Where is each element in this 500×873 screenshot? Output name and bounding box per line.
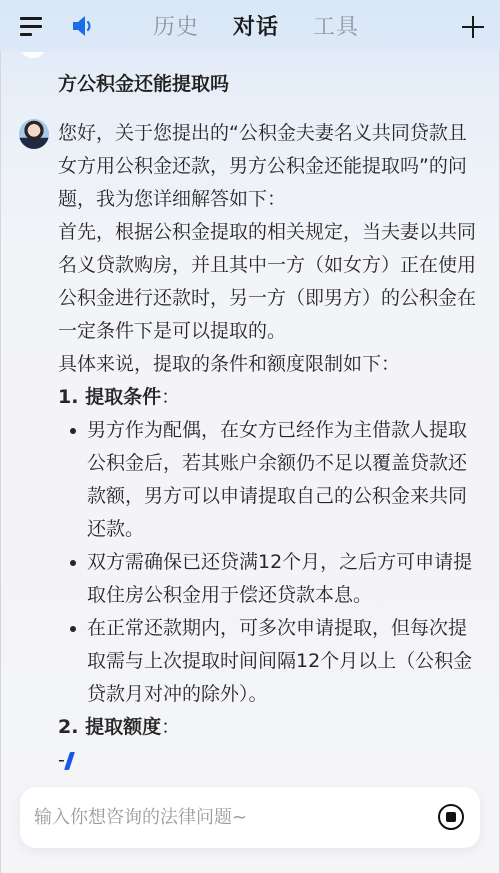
user-message-line: 方公积金还能提取吗 — [58, 69, 229, 96]
tab-history[interactable]: 历史 — [153, 10, 199, 41]
question-input[interactable] — [34, 803, 414, 831]
section-heading-conditions: 1. 提取条件： — [58, 381, 482, 414]
speaker-icon[interactable] — [71, 14, 97, 38]
section-heading-amount: 2. 提取额度： — [58, 711, 482, 744]
stop-generation-button[interactable] — [438, 804, 464, 830]
assistant-message-body: 您好，关于您提出的“公积金夫妻名义共同贷款且女方用公积金还款，男方公积金还能提取… — [58, 117, 482, 777]
streaming-text: - — [58, 744, 65, 777]
tab-tools[interactable]: 工具 — [313, 10, 359, 41]
list-item: 男方作为配偶，在女方已经作为主借款人提取公积金后，若其账户余额仍不足以覆盖贷款还… — [58, 414, 482, 546]
rule-paragraph: 首先，根据公积金提取的相关规定，当夫妻以共同名义贷款购房，并且其中一方（如女方）… — [58, 216, 482, 348]
tab-chat[interactable]: 对话 — [233, 10, 279, 41]
tab-bar: 历史 对话 工具 — [153, 10, 359, 41]
list-item: 双方需确保已还贷满12个月，之后方可申请提取住房公积金用于偿还贷款本息。 — [58, 546, 482, 612]
typing-cursor-icon — [64, 752, 75, 770]
list-item: 在正常还款期内，可多次申请提取，但每次提取需与上次提取时间间隔12个月以上（公积… — [58, 612, 482, 711]
streaming-line: - — [58, 744, 482, 777]
menu-icon[interactable] — [20, 17, 43, 35]
chat-input-box — [20, 787, 480, 848]
new-chat-plus-icon[interactable] — [462, 16, 484, 38]
left-edge — [0, 52, 1, 873]
top-navigation-bar: 历史 对话 工具 — [0, 0, 500, 52]
intro-paragraph: 您好，关于您提出的“公积金夫妻名义共同贷款且女方用公积金还款，男方公积金还能提取… — [58, 117, 482, 216]
conditions-intro: 具体来说，提取的条件和额度限制如下： — [58, 348, 482, 381]
stop-circle-icon — [446, 812, 456, 822]
assistant-avatar — [19, 119, 49, 149]
